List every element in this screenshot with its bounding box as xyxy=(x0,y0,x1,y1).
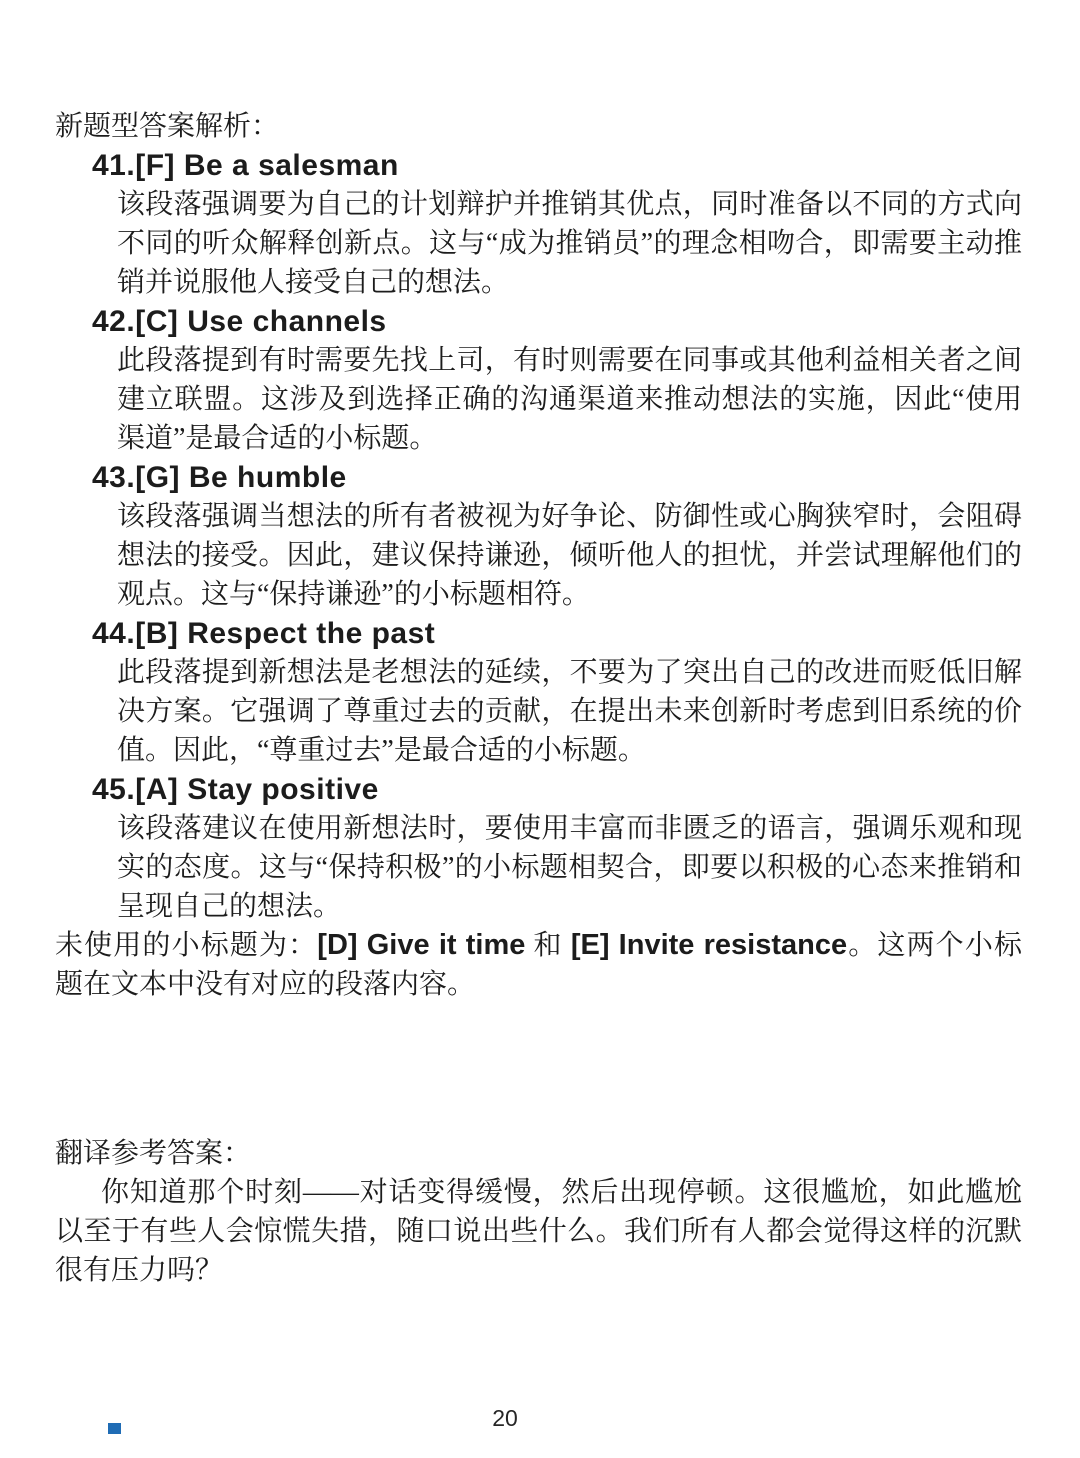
document-page: 新题型答案解析： 41.[F] Be a salesman 该段落强调要为自己的… xyxy=(0,0,1080,1458)
answer-item-45-heading: 45.[A] Stay positive xyxy=(92,770,1022,809)
answer-item-41-explanation: 该段落强调要为自己的计划辩护并推销其优点，同时准备以不同的方式向不同的听众解释创… xyxy=(117,185,1022,302)
footer-square-marker xyxy=(108,1423,121,1434)
translation-reference-answer: 你知道那个时刻——对话变得缓慢，然后出现停顿。这很尴尬，如此尴尬以至于有些人会惊… xyxy=(55,1173,1022,1290)
section-heading-new-question-type: 新题型答案解析： xyxy=(55,107,1022,146)
answer-item-44-heading: 44.[B] Respect the past xyxy=(92,614,1022,653)
answer-number: 42. xyxy=(92,305,135,338)
answer-number: 41. xyxy=(92,149,135,182)
answer-item-45: 45.[A] Stay positive 该段落建议在使用新想法时，要使用丰富而… xyxy=(55,770,1022,926)
unused-subheadings-paragraph: 未使用的小标题为：[D] Give it time 和 [E] Invite r… xyxy=(55,926,1022,1004)
answer-item-43: 43.[G] Be humble 该段落强调当想法的所有者被视为好争论、防御性或… xyxy=(55,458,1022,614)
unused-heading-d: [D] Give it time xyxy=(317,929,525,961)
page-content: 新题型答案解析： 41.[F] Be a salesman 该段落强调要为自己的… xyxy=(55,107,1022,1290)
unused-prefix: 未使用的小标题为： xyxy=(55,930,317,961)
translation-section: 翻译参考答案： 你知道那个时刻——对话变得缓慢，然后出现停顿。这很尴尬，如此尴尬… xyxy=(55,1134,1022,1290)
answer-label: [A] Stay positive xyxy=(135,773,379,806)
answer-item-41: 41.[F] Be a salesman 该段落强调要为自己的计划辩护并推销其优… xyxy=(55,146,1022,302)
page-number: 20 xyxy=(470,1403,540,1433)
unused-heading-e: [E] Invite resistance xyxy=(571,929,847,961)
answer-item-44: 44.[B] Respect the past 此段落提到新想法是老想法的延续，… xyxy=(55,614,1022,770)
unused-connector: 和 xyxy=(525,930,570,961)
answer-label: [F] Be a salesman xyxy=(135,149,399,182)
answer-label: [B] Respect the past xyxy=(135,617,435,650)
answer-item-45-explanation: 该段落建议在使用新想法时，要使用丰富而非匮乏的语言，强调乐观和现实的态度。这与“… xyxy=(117,809,1022,926)
answer-item-43-explanation: 该段落强调当想法的所有者被视为好争论、防御性或心胸狭窄时，会阻碍想法的接受。因此… xyxy=(117,497,1022,614)
answer-label: [G] Be humble xyxy=(135,461,347,494)
answer-number: 45. xyxy=(92,773,135,806)
answer-label: [C] Use channels xyxy=(135,305,386,338)
answer-item-41-heading: 41.[F] Be a salesman xyxy=(92,146,1022,185)
answer-item-42-explanation: 此段落提到有时需要先找上司，有时则需要在同事或其他利益相关者之间建立联盟。这涉及… xyxy=(117,341,1022,458)
answer-number: 43. xyxy=(92,461,135,494)
answer-number: 44. xyxy=(92,617,135,650)
section-heading-translation: 翻译参考答案： xyxy=(55,1134,1022,1173)
answer-item-44-explanation: 此段落提到新想法是老想法的延续，不要为了突出自己的改进而贬低旧解决方案。它强调了… xyxy=(117,653,1022,770)
answer-item-43-heading: 43.[G] Be humble xyxy=(92,458,1022,497)
answer-item-42-heading: 42.[C] Use channels xyxy=(92,302,1022,341)
answer-item-42: 42.[C] Use channels 此段落提到有时需要先找上司，有时则需要在… xyxy=(55,302,1022,458)
